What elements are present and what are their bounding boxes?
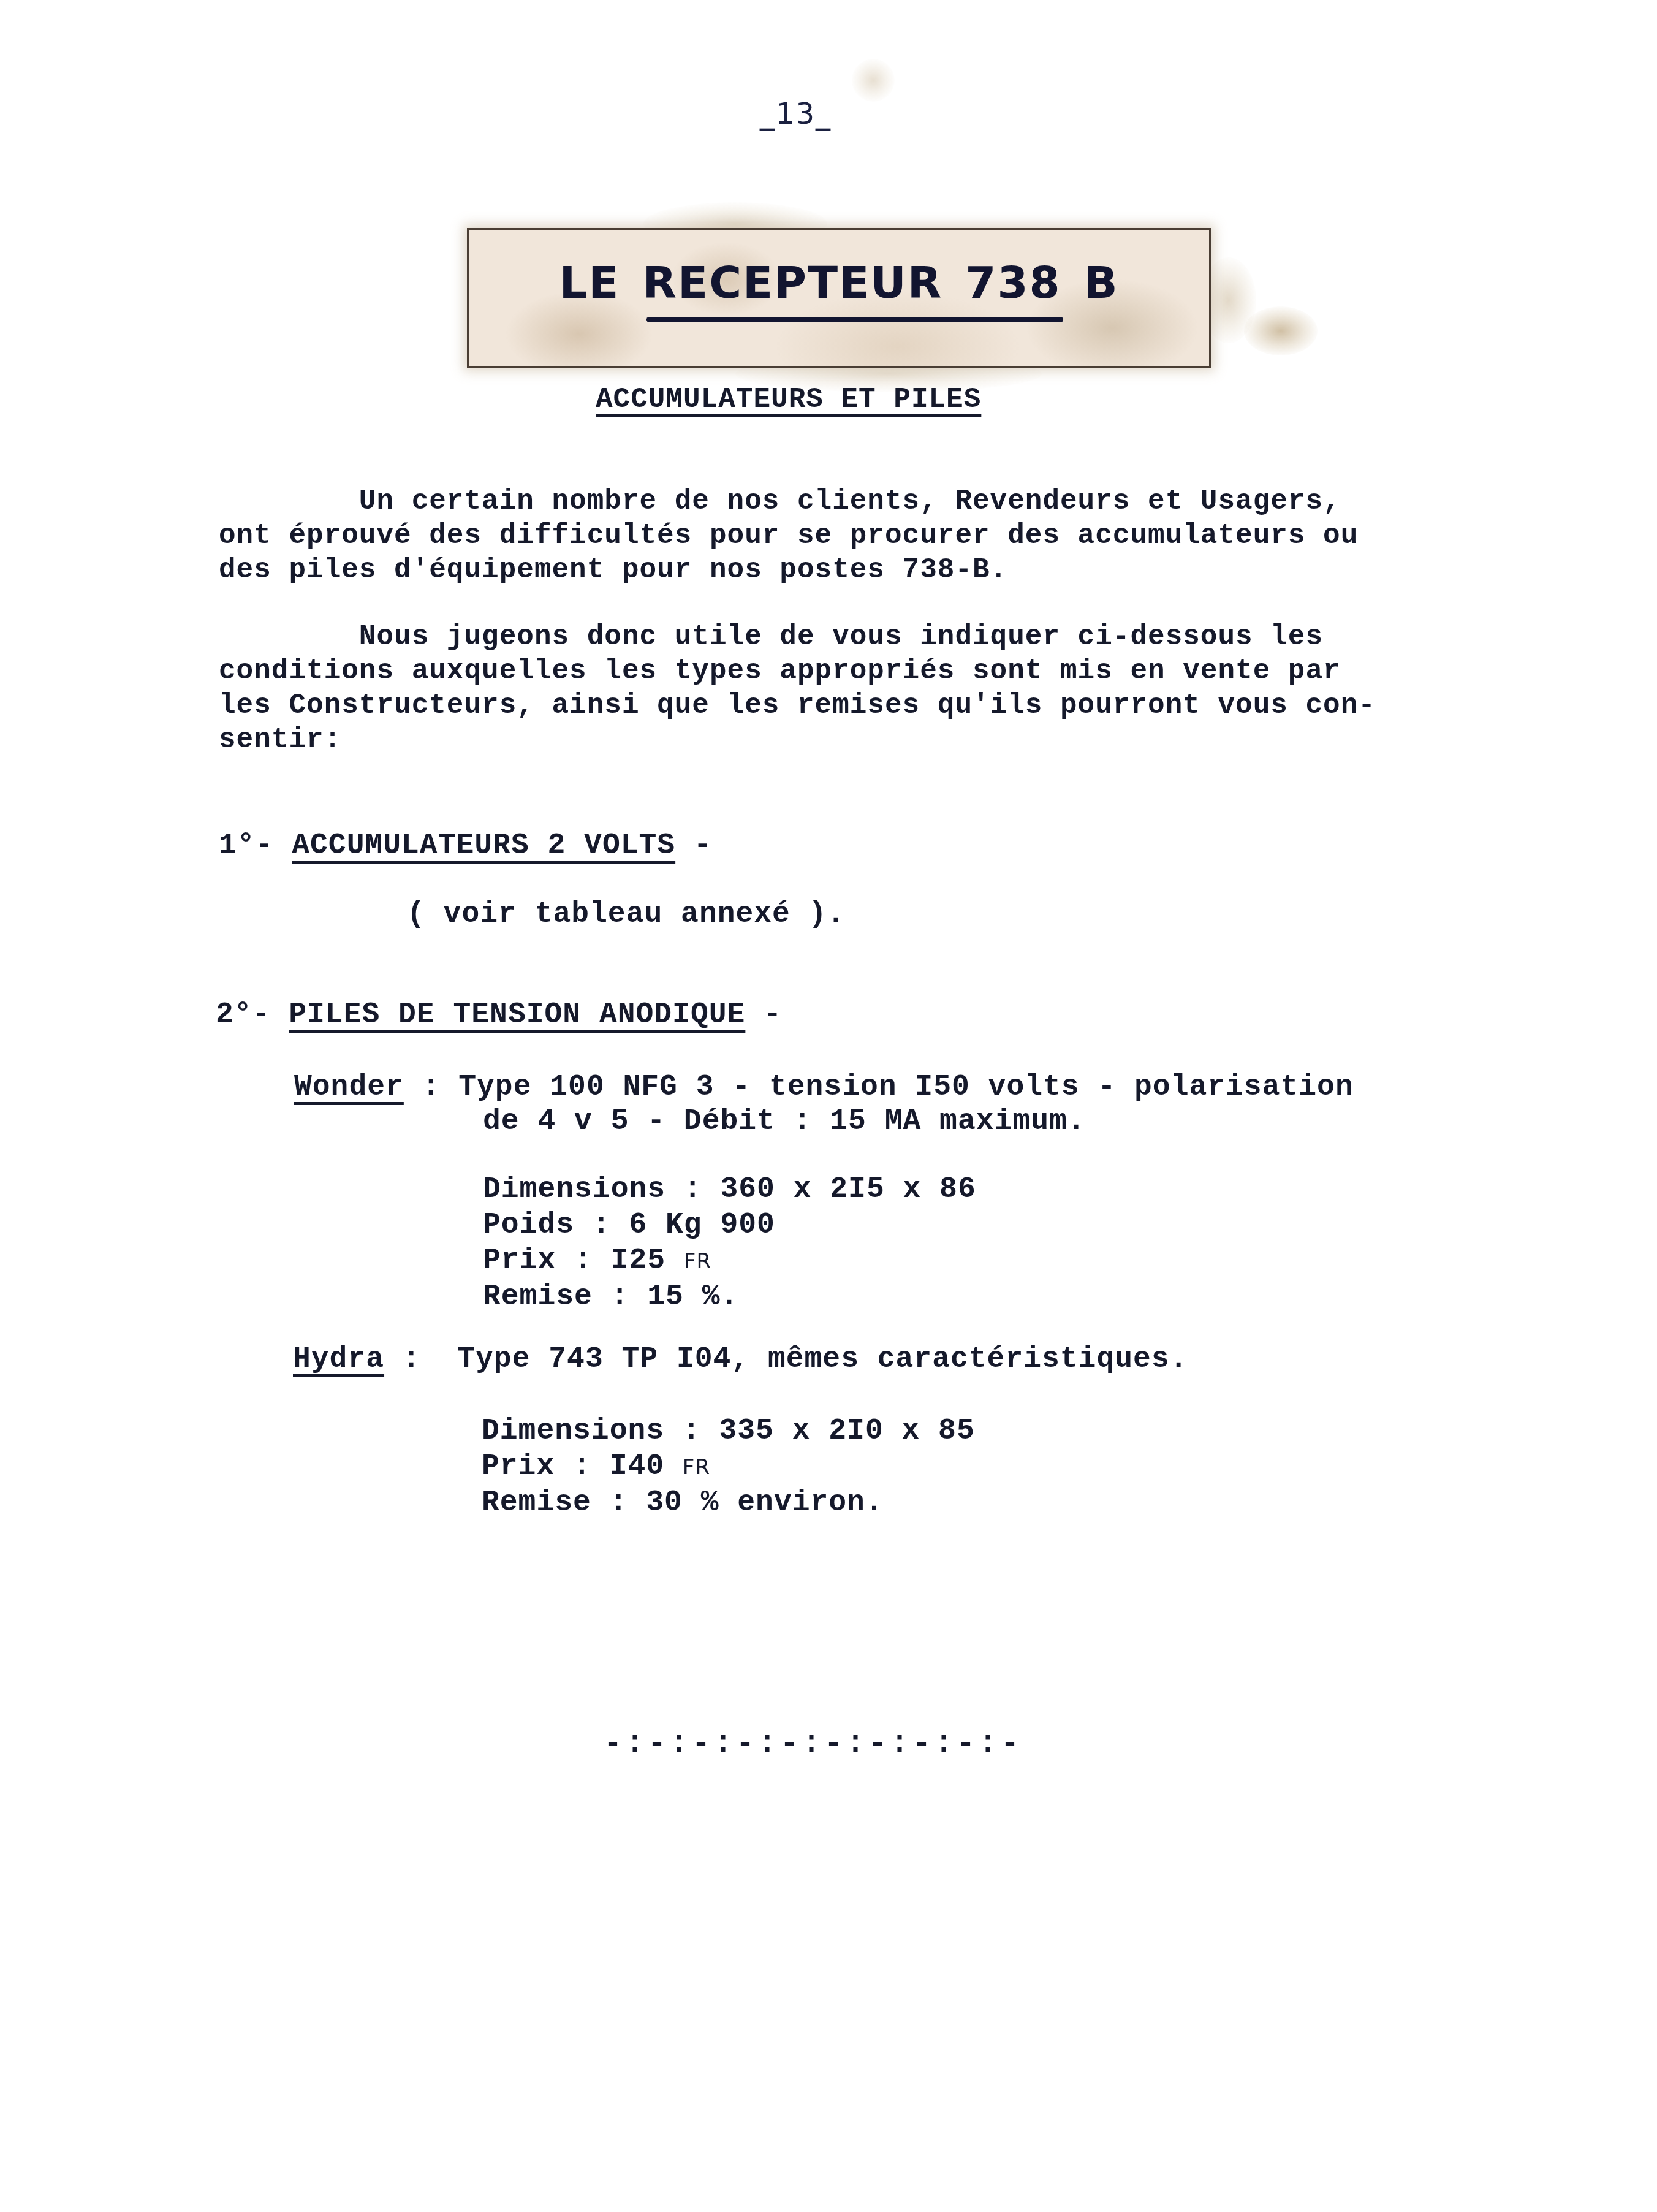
product-hydra-line-1: Hydra : Type 743 TP I04, mêmes caractéri… <box>293 1342 1188 1377</box>
section-1-note: ( voir tableau annexé ). <box>407 897 845 932</box>
title-label: LE RECEPTEUR 738 B <box>467 228 1211 368</box>
section-1-heading: 1°- ACCUMULATEURS 2 VOLTS - <box>219 829 712 863</box>
wonder-type: Type 100 NFG 3 - tension I50 volts - pol… <box>458 1071 1353 1104</box>
hydra-discount: Remise : 30 % environ. <box>482 1485 975 1521</box>
product-wonder-specs: Dimensions : 360 x 2I5 x 86Poids : 6 Kg … <box>483 1172 976 1315</box>
intro-paragraph-2: Nous jugeons donc utile de vous indiquer… <box>219 620 1376 757</box>
hydra-dimensions: Dimensions : 335 x 2I0 x 85 <box>482 1413 975 1449</box>
wonder-weight: Poids : 6 Kg 900 <box>483 1207 976 1243</box>
brand-separator: : <box>384 1343 457 1376</box>
paper-stain <box>1244 306 1318 355</box>
section-1-title: ACCUMULATEURS 2 VOLTS <box>292 829 675 862</box>
wonder-dimensions: Dimensions : 360 x 2I5 x 86 <box>483 1172 976 1207</box>
hydra-price: Prix : I40 FR <box>482 1449 975 1485</box>
section-2-heading: 2°- PILES DE TENSION ANODIQUE - <box>216 998 782 1032</box>
document-page: _13_ LE RECEPTEUR 738 B ACCUMULATEURS ET… <box>0 0 1657 2212</box>
product-wonder-line-2: de 4 v 5 - Débit : 15 MA maximum. <box>483 1104 1086 1139</box>
intro-paragraph-1: Un certain nombre de nos clients, Revend… <box>219 484 1358 587</box>
hydra-price-value: Prix : I40 <box>482 1450 683 1483</box>
section-1-suffix: - <box>675 829 712 862</box>
section-2-suffix: - <box>745 998 782 1032</box>
brand-separator: : <box>404 1071 458 1104</box>
section-2-number: 2°- <box>216 998 289 1032</box>
currency-unit: FR <box>684 1249 711 1274</box>
section-1-number: 1°- <box>219 829 292 862</box>
section-2-title: PILES DE TENSION ANODIQUE <box>289 998 745 1032</box>
brand-hydra: Hydra <box>293 1343 384 1376</box>
document-subtitle: ACCUMULATEURS ET PILES <box>596 382 981 417</box>
wonder-price-value: Prix : I25 <box>483 1244 684 1277</box>
paper-stain <box>852 59 895 102</box>
end-separator: -:-:-:-:-:-:-:-:-:- <box>604 1727 1023 1762</box>
document-title: LE RECEPTEUR 738 B <box>469 257 1209 308</box>
title-underline <box>646 317 1063 322</box>
currency-unit: FR <box>683 1455 710 1480</box>
hydra-type: Type 743 TP I04, mêmes caractéristiques. <box>457 1343 1188 1376</box>
brand-wonder: Wonder <box>294 1071 404 1104</box>
product-hydra-specs: Dimensions : 335 x 2I0 x 85Prix : I40 FR… <box>482 1413 975 1521</box>
page-number: _13_ <box>760 97 832 131</box>
product-wonder-line-1: Wonder : Type 100 NFG 3 - tension I50 vo… <box>294 1070 1354 1104</box>
wonder-discount: Remise : 15 %. <box>483 1279 976 1315</box>
wonder-price: Prix : I25 FR <box>483 1243 976 1279</box>
